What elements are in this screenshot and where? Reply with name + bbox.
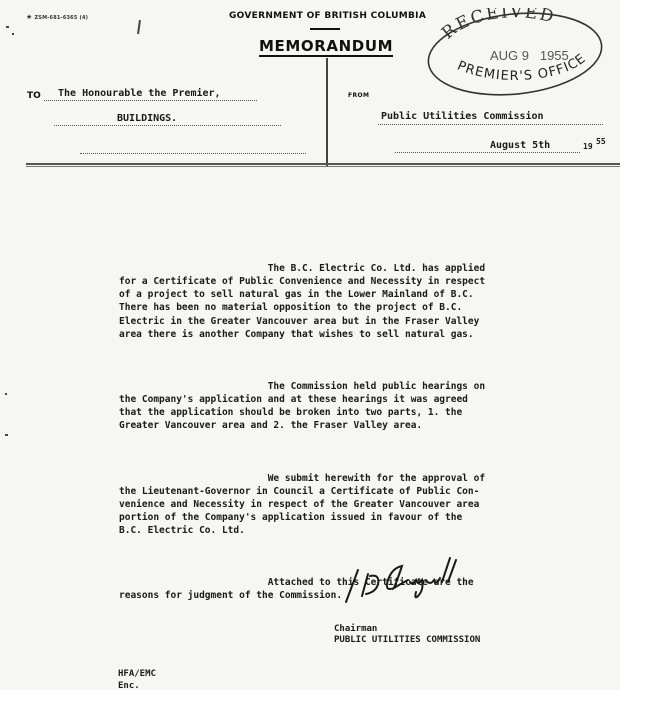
year-suffix: 55 <box>596 137 620 146</box>
column-divider <box>326 58 328 166</box>
signatory-organization: PUBLIC UTILITIES COMMISSION <box>334 635 480 646</box>
to-label: TO <box>27 91 41 101</box>
from-sender: Public Utilities Commission <box>381 111 544 122</box>
header-rule <box>26 163 620 165</box>
handwritten-signature <box>332 552 532 622</box>
to-dotline-2 <box>54 125 281 126</box>
memorandum-page: ★ ZSM-681-6365 (4) GOVERNMENT OF BRITISH… <box>0 0 620 690</box>
memorandum-title: MEMORANDUM <box>259 38 393 57</box>
scan-mark <box>137 20 141 34</box>
body-paragraph-3: We submit herewith for the approval of t… <box>119 472 559 537</box>
scan-speck <box>12 33 14 35</box>
scan-speck <box>6 26 9 28</box>
heading-rule <box>310 28 340 30</box>
from-dotline <box>378 124 603 125</box>
to-recipient: The Honourable the Premier, <box>58 88 221 99</box>
body-paragraph-1: The B.C. Electric Co. Ltd. has applied f… <box>119 262 559 341</box>
memo-date: August 5th <box>490 140 550 151</box>
scan-speck <box>5 434 8 436</box>
enclosure-note: Enc. <box>118 680 156 692</box>
reference-block: HFA/EMCEnc. <box>118 668 156 692</box>
scan-speck <box>5 393 7 395</box>
year-prefix: 19 <box>583 142 593 151</box>
signature-block: ChairmanPUBLIC UTILITIES COMMISSION <box>334 624 480 646</box>
to-dotline-3 <box>80 153 306 154</box>
government-heading: GOVERNMENT OF BRITISH COLUMBIA <box>229 11 426 21</box>
to-dotline-1 <box>44 100 257 101</box>
reference-initials: HFA/EMC <box>118 668 156 680</box>
form-code-text: ZSM-681-6365 (4) <box>34 15 88 21</box>
from-label: FROM <box>348 92 369 99</box>
signatory-title: Chairman <box>334 624 480 635</box>
svg-text:AUG 9 1955: AUG 9 1955 <box>490 48 569 63</box>
form-code: ★ ZSM-681-6365 (4) <box>26 13 88 21</box>
header-rule-secondary <box>26 166 620 167</box>
star-icon: ★ <box>26 13 32 21</box>
received-stamp: RECEIVED AUG 9 1955 PREMIER'S OFFICE <box>420 8 605 96</box>
body-paragraph-2: The Commission held public hearings on t… <box>119 380 559 432</box>
to-location: BUILDINGS. <box>117 113 177 124</box>
date-dotline <box>395 152 580 153</box>
